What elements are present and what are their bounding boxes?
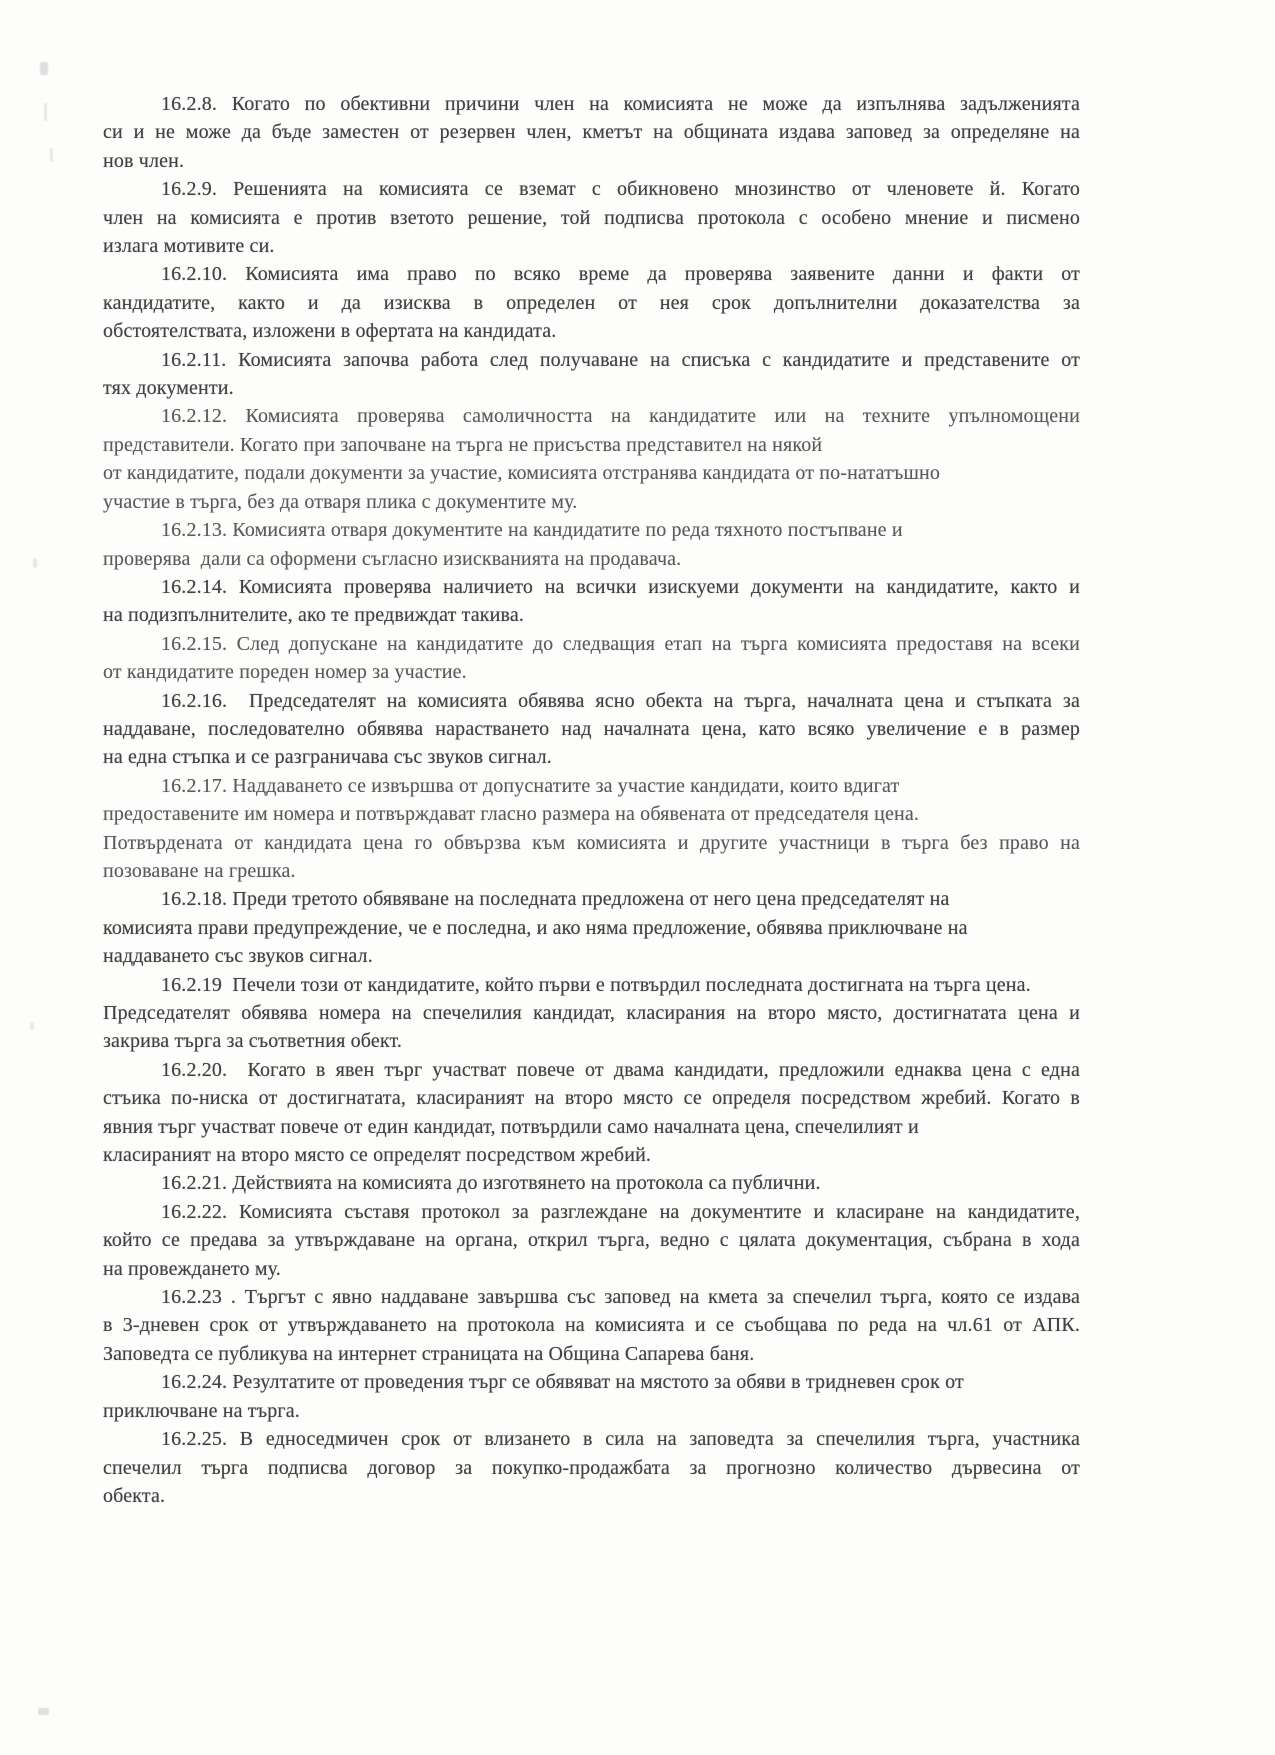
text-line: обстоятелствата, изложени в офертата на … <box>103 317 1080 345</box>
paragraph-16-2-21: 16.2.21. Действията на комисията до изго… <box>103 1169 1080 1197</box>
text-line: си и не може да бъде заместен от резерве… <box>103 118 1080 146</box>
paragraph-16-2-25: 16.2.25. В едноседмичен срок от влизанет… <box>103 1425 1080 1510</box>
text-line: проверява дали са оформени съгласно изис… <box>103 545 1080 573</box>
scan-artifact <box>50 148 53 162</box>
text-line: Председателят обявява номера на спечелил… <box>103 999 1080 1027</box>
scan-artifact <box>38 1708 49 1715</box>
text-line: Потвърдената от кандидата цена го обвърз… <box>103 829 1080 857</box>
paragraph-16-2-16: 16.2.16. Председателят на комисията обяв… <box>103 687 1080 772</box>
text-line: 16.2.25. В едноседмичен срок от влизанет… <box>103 1425 1080 1453</box>
paragraph-16-2-17: 16.2.17. Наддаването се извършва от допу… <box>103 772 1080 886</box>
text-line: член на комисията е против взетото решен… <box>103 204 1080 232</box>
text-line: 16.2.9. Решенията на комисията се вземат… <box>103 175 1080 203</box>
text-line: 16.2.10. Комисията има право по всяко вр… <box>103 260 1080 288</box>
text-line: от кандидатите, подали документи за учас… <box>103 459 1080 487</box>
text-line: предоставените им номера и потвърждават … <box>103 800 1080 828</box>
text-line: на провеждането му. <box>103 1255 1080 1283</box>
text-block: 16.2.8. Когато по обективни причини член… <box>103 90 1080 1510</box>
paragraph-16-2-15: 16.2.15. След допускане на кандидатите д… <box>103 630 1080 687</box>
paragraph-16-2-8: 16.2.8. Когато по обективни причини член… <box>103 90 1080 175</box>
text-line: спечелил търга подписва договор за покуп… <box>103 1454 1080 1482</box>
text-line: наддаване, последователно обявява нараст… <box>103 715 1080 743</box>
text-line: 16.2.12. Комисията проверява самоличност… <box>103 402 1080 430</box>
text-line: 16.2.18. Преди третото обявяване на посл… <box>103 885 1080 913</box>
text-line: нов член. <box>103 147 1080 175</box>
text-line: 16.2.15. След допускане на кандидатите д… <box>103 630 1080 658</box>
text-line: 16.2.13. Комисията отваря документите на… <box>103 516 1080 544</box>
paragraph-16-2-20: 16.2.20. Когато в явен търг участват пов… <box>103 1056 1080 1170</box>
text-line: 16.2.23 . Търгът с явно наддаване завърш… <box>103 1283 1080 1311</box>
scan-artifact <box>30 1022 34 1030</box>
text-line: 16.2.19 Печели този от кандидатите, койт… <box>103 971 1080 999</box>
paragraph-16-2-19: 16.2.19 Печели този от кандидатите, койт… <box>103 971 1080 1056</box>
text-line: който се предава за утвърждаване на орга… <box>103 1226 1080 1254</box>
text-line: 16.2.21. Действията на комисията до изго… <box>103 1169 1080 1197</box>
text-line: участие в търга, без да отваря плика с д… <box>103 488 1080 516</box>
text-line: 16.2.16. Председателят на комисията обяв… <box>103 687 1080 715</box>
text-line: 16.2.8. Когато по обективни причини член… <box>103 90 1080 118</box>
text-line: от кандидатите пореден номер за участие. <box>103 658 1080 686</box>
text-line: позоваване на грешка. <box>103 857 1080 885</box>
text-line: комисията прави предупреждение, че е пос… <box>103 914 1080 942</box>
scan-artifact <box>33 558 37 568</box>
text-line: в 3-дневен срок от утвърждаването на про… <box>103 1311 1080 1339</box>
text-line: 16.2.20. Когато в явен търг участват пов… <box>103 1056 1080 1084</box>
text-line: 16.2.14. Комисията проверява наличието н… <box>103 573 1080 601</box>
paragraph-16-2-22: 16.2.22. Комисията съставя протокол за р… <box>103 1198 1080 1283</box>
text-line: излага мотивите си. <box>103 232 1080 260</box>
paragraph-16-2-24: 16.2.24. Резултатите от проведения търг … <box>103 1368 1080 1425</box>
text-line: Заповедта се публикува на интернет стран… <box>103 1340 1080 1368</box>
text-line: на една стъпка и се разграничава със зву… <box>103 743 1080 771</box>
paragraph-16-2-23: 16.2.23 . Търгът с явно наддаване завърш… <box>103 1283 1080 1368</box>
text-line: тях документи. <box>103 374 1080 402</box>
scan-artifact <box>40 62 48 75</box>
text-line: закрива търга за съответния обект. <box>103 1027 1080 1055</box>
text-line: обекта. <box>103 1482 1080 1510</box>
scanned-page: 16.2.8. Когато по обективни причини член… <box>0 0 1275 1755</box>
text-line: 16.2.11. Комисията започва работа след п… <box>103 346 1080 374</box>
text-line: на подизпълнителите, ако те предвиждат т… <box>103 601 1080 629</box>
text-line: наддаването със звуков сигнал. <box>103 942 1080 970</box>
paragraph-16-2-10: 16.2.10. Комисията има право по всяко вр… <box>103 260 1080 345</box>
paragraph-16-2-13: 16.2.13. Комисията отваря документите на… <box>103 516 1080 573</box>
text-line: явния търг участват повече от един канди… <box>103 1113 1080 1141</box>
text-line: приключване на търга. <box>103 1397 1080 1425</box>
paragraph-16-2-11: 16.2.11. Комисията започва работа след п… <box>103 346 1080 403</box>
paragraph-16-2-12: 16.2.12. Комисията проверява самоличност… <box>103 402 1080 516</box>
paragraph-16-2-18: 16.2.18. Преди третото обявяване на посл… <box>103 885 1080 970</box>
text-line: 16.2.24. Резултатите от проведения търг … <box>103 1368 1080 1396</box>
scan-artifact <box>44 103 47 121</box>
text-line: класираният на второ място се определят … <box>103 1141 1080 1169</box>
text-line: 16.2.22. Комисията съставя протокол за р… <box>103 1198 1080 1226</box>
text-line: стъика по-ниска от достигнатата, класира… <box>103 1084 1080 1112</box>
text-line: кандидатите, както и да изисква в опреде… <box>103 289 1080 317</box>
paragraph-16-2-14: 16.2.14. Комисията проверява наличието н… <box>103 573 1080 630</box>
paragraph-16-2-9: 16.2.9. Решенията на комисията се вземат… <box>103 175 1080 260</box>
text-line: 16.2.17. Наддаването се извършва от допу… <box>103 772 1080 800</box>
text-line: представители. Когато при започване на т… <box>103 431 1080 459</box>
